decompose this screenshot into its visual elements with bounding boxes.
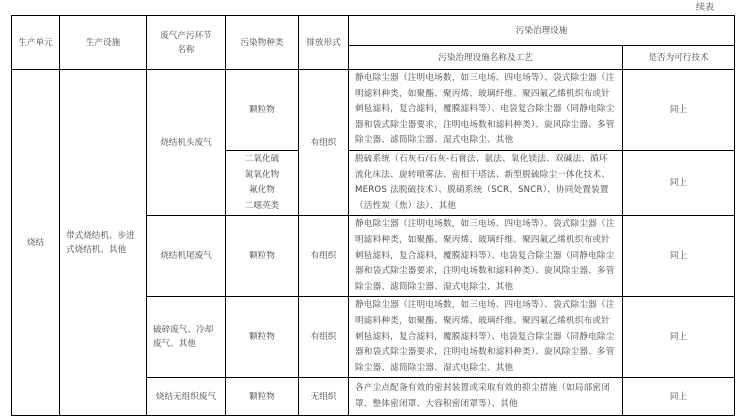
process-cell: 静电除尘器（注明电场数，如三电场、四电场等）、袋式除尘器（注明滤料种类，如聚酯、… [349, 297, 623, 378]
header-facility: 生产设施 [60, 16, 147, 70]
header-stage: 废气产污环节名称 [147, 16, 226, 70]
pollutant-cell: 颗粒物 [226, 297, 299, 378]
continued-label: 续表 [696, 0, 714, 13]
pollutant-line: 氮氧化物 [228, 168, 296, 184]
emission-cell: 无组织 [299, 378, 349, 416]
stage-cell: 烧结无组织废气 [147, 378, 226, 416]
feasible-cell: 同上 [623, 70, 735, 151]
process-cell: 脱硫系统（石灰石/石灰-石膏法、氨法、氧化镁法、双碱法、循环流化床法、旋转喷雾法… [349, 150, 623, 215]
pollutant-cell: 颗粒物 [226, 378, 299, 416]
emission-cell: 有组织 [299, 70, 349, 216]
stage-cell: 破碎废气、冷却废气、其他 [147, 297, 226, 378]
facility-cell: 带式烧结机、步进式烧结机、其他 [60, 70, 147, 416]
feasible-cell: 同上 [623, 216, 735, 297]
stage-cell: 烧结机尾废气 [147, 216, 226, 297]
process-cell: 静电除尘器（注明电场数，如三电场、四电场等）、袋式除尘器（注明滤料种类，如聚酯、… [349, 70, 623, 151]
header-treatment-name: 污染治理设施名称及工艺 [349, 46, 623, 70]
pollution-treatment-table: 生产单元 生产设施 废气产污环节名称 污染物种类 排放形式 污染治理设施 污染治… [11, 15, 735, 416]
header-emission: 排放形式 [299, 16, 349, 70]
feasible-cell: 同上 [623, 150, 735, 215]
pollutant-cell-multi: 二氧化硫 氮氧化物 氟化物 二噁英类 [226, 150, 299, 215]
unit-cell: 烧结 [12, 70, 60, 416]
pollutant-line: 氟化物 [228, 183, 296, 199]
emission-cell: 有组织 [299, 216, 349, 297]
table-row: 烧结 带式烧结机、步进式烧结机、其他 烧结机头废气 颗粒物 有组织 静电除尘器（… [12, 70, 735, 151]
header-treatment-group: 污染治理设施 [349, 16, 735, 46]
process-cell: 静电除尘器（注明电场数，如三电场、四电场等）、袋式除尘器（注明滤料种类，如聚酯、… [349, 216, 623, 297]
header-row-1: 生产单元 生产设施 废气产污环节名称 污染物种类 排放形式 污染治理设施 [12, 16, 735, 46]
stage-cell: 烧结机头废气 [147, 70, 226, 216]
feasible-cell: 同上 [623, 378, 735, 416]
header-feasible: 是否为可行技术 [623, 46, 735, 70]
emission-cell: 有组织 [299, 297, 349, 378]
pollutant-cell: 颗粒物 [226, 216, 299, 297]
feasible-cell: 同上 [623, 297, 735, 378]
pollutant-line: 二噁英类 [228, 199, 296, 215]
pollutant-cell: 颗粒物 [226, 70, 299, 151]
header-pollutant: 污染物种类 [226, 16, 299, 70]
header-unit: 生产单元 [12, 16, 60, 70]
process-cell: 各产尘点配备有效的密封装置或采取有效的抑尘措施（如局部密闭罩、整体密闭罩、大容积… [349, 378, 623, 416]
pollutant-line: 二氧化硫 [228, 152, 296, 168]
